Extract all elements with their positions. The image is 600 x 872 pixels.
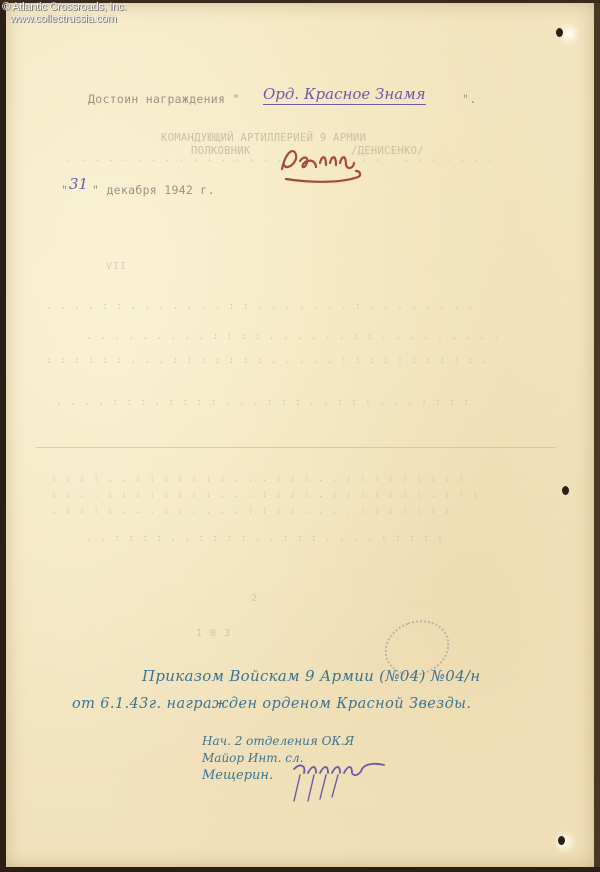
ghost-text: . . . . : : : . : : : : . . . : : : . . … bbox=[56, 397, 470, 408]
commander-rank: ПОЛКОВНИК bbox=[191, 145, 251, 157]
stamp-fragment: 1 0 3 bbox=[196, 628, 231, 639]
watermark-url: www.collectrussia.com bbox=[2, 13, 126, 25]
ghost-rule bbox=[36, 447, 556, 448]
copyright-watermark: © Atlantic Crossroads, Inc. www.collectr… bbox=[2, 1, 126, 25]
page-number: 2 bbox=[251, 593, 258, 604]
signatory-position: Нач. 2 отделения ОК.Я bbox=[202, 734, 354, 748]
signatory-rank: Майор Инт. сл. bbox=[202, 751, 303, 765]
award-order-line-2: от 6.1.43г. награжден орденом Красной Зв… bbox=[72, 696, 471, 712]
punch-hole bbox=[556, 28, 563, 37]
document-page: . . . . . . . . . . . . . . . . . . . . … bbox=[6, 3, 594, 867]
punch-hole bbox=[558, 836, 565, 845]
ghost-text: . . . . : : . . . . . . . : : . . . . . … bbox=[46, 301, 474, 312]
award-order-line-1: Приказом Войскам 9 Армии (№04) №04/н bbox=[142, 667, 480, 685]
signatory-name: Мещерин. bbox=[202, 768, 273, 783]
watermark-copyright: © Atlantic Crossroads, Inc. bbox=[2, 1, 126, 13]
punch-hole bbox=[562, 486, 569, 495]
scan-edge-right bbox=[594, 0, 600, 872]
date-month-year: " декабря 1942 г. bbox=[92, 183, 215, 197]
date-open-quote: " bbox=[61, 183, 68, 197]
worthy-close-quote: ". bbox=[462, 92, 476, 106]
award-name-handwritten: Орд. Красное Знамя bbox=[263, 85, 426, 105]
date-day-handwritten: 31 bbox=[69, 175, 88, 193]
ghost-text: : : : : : : . . . : : : : : : : . . . . … bbox=[46, 355, 488, 366]
scan-edge-bottom bbox=[0, 867, 600, 872]
ghost-text: : : . . : : : : : : : : . . . : : : : . … bbox=[51, 489, 479, 500]
ghost-text: : : : : . . : : : : : : : . . . : : : . … bbox=[51, 473, 465, 484]
signature-icon bbox=[290, 755, 390, 805]
ghost-text: . . . . . . . . . : : : : . . . . . . : … bbox=[86, 331, 500, 342]
signatory-signature bbox=[290, 755, 390, 805]
worthy-of-award-label: Достоин награждения " bbox=[88, 92, 240, 106]
signature-icon bbox=[272, 141, 368, 187]
ghost-text: . . : : : : . . : : : : . . : : : . . . … bbox=[86, 533, 444, 544]
commander-signature bbox=[272, 141, 368, 187]
ghost-text: . : : : : . . . : : . . . . : : : : . . … bbox=[51, 505, 451, 516]
section-number: VII bbox=[106, 261, 127, 272]
